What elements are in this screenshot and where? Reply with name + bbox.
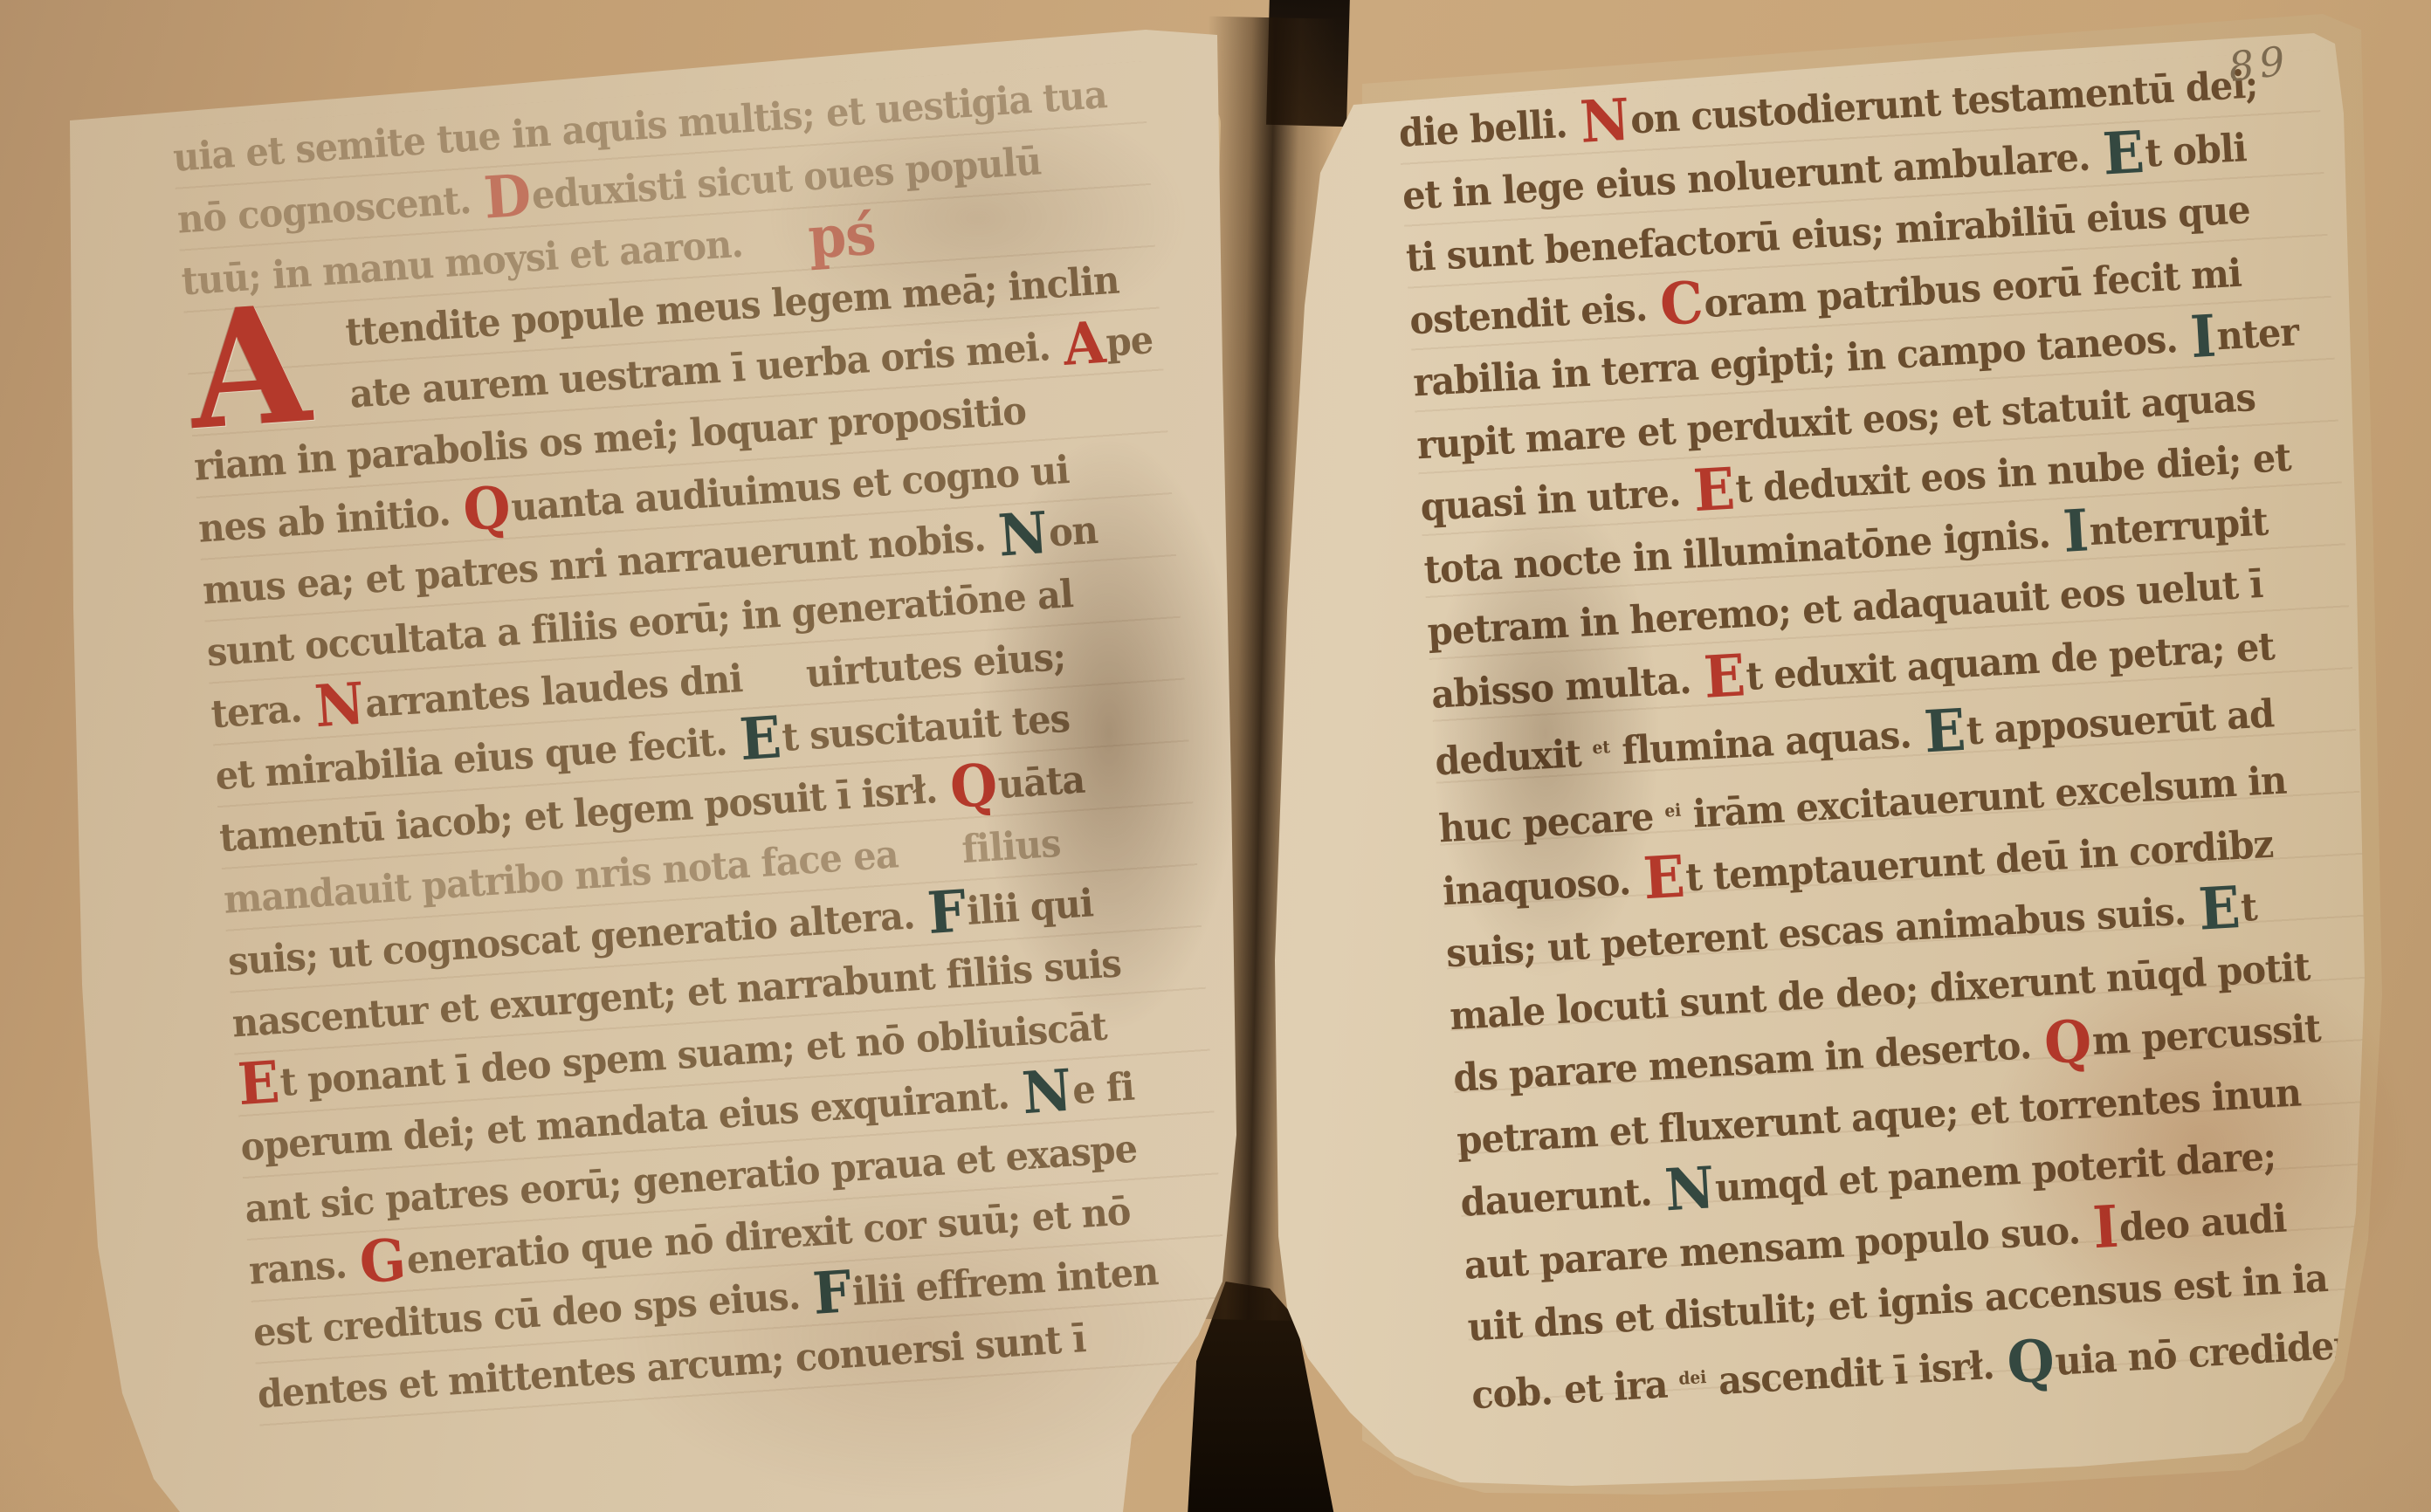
folio-number: 89 — [2226, 37, 2293, 91]
rubric-initial-red: C — [1656, 268, 1706, 339]
rubric-initial-teal: E — [2195, 873, 2243, 944]
left-page-text: A uia et semite tue in aquis multis; et … — [171, 61, 1231, 1433]
rubric-initial-teal: I — [2060, 496, 2091, 566]
rubric-initial-red: N — [311, 669, 368, 740]
faded-gap — [755, 252, 808, 256]
rubric-initial-teal: N — [1018, 1055, 1075, 1127]
rubric-initial-teal: F — [809, 1257, 855, 1328]
superscript-gloss: dei — [1678, 1366, 1707, 1389]
rubric-initial-teal: N — [1661, 1153, 1717, 1224]
rubric-initial-red: E — [1690, 454, 1738, 525]
rubric-initial-red: Q — [2041, 1007, 2094, 1077]
manuscript-photo: A uia et semite tue in aquis multis; et … — [0, 0, 2431, 1512]
rubric-initial-teal: Q — [2004, 1326, 2057, 1397]
rubric-initial-red: E — [234, 1048, 282, 1118]
faded-gap — [754, 687, 807, 691]
rubric-initial-teal: E — [736, 703, 784, 773]
rubric-initial-teal: F — [924, 876, 969, 947]
rubric-initial-teal: I — [2187, 301, 2219, 371]
rubric-initial-red: G — [355, 1225, 409, 1296]
rubric-initial-red: pś — [804, 199, 878, 271]
faded-gap — [911, 863, 963, 866]
rubric-initial-red: N — [1577, 85, 1633, 155]
rubric-initial-red: A — [1059, 307, 1108, 378]
rubric-initial-red: I — [2090, 1192, 2121, 1262]
rubric-initial-red: E — [1700, 641, 1748, 711]
rubric-initial-teal: E — [2099, 118, 2147, 189]
rubric-initial-red: E — [1640, 842, 1688, 913]
rubric-initial-red: Q — [459, 472, 513, 544]
superscript-gloss: ei — [1664, 800, 1682, 821]
rubric-initial-red: Q — [947, 750, 1001, 821]
superscript-gloss: et — [1592, 736, 1611, 758]
rubric-initial-teal: E — [1921, 696, 1969, 766]
rubric-initial-red: D — [480, 161, 534, 232]
right-page-text: die belli. Non custodierunt testamentū d… — [1397, 50, 2393, 1419]
rubric-initial-teal: N — [995, 498, 1051, 569]
